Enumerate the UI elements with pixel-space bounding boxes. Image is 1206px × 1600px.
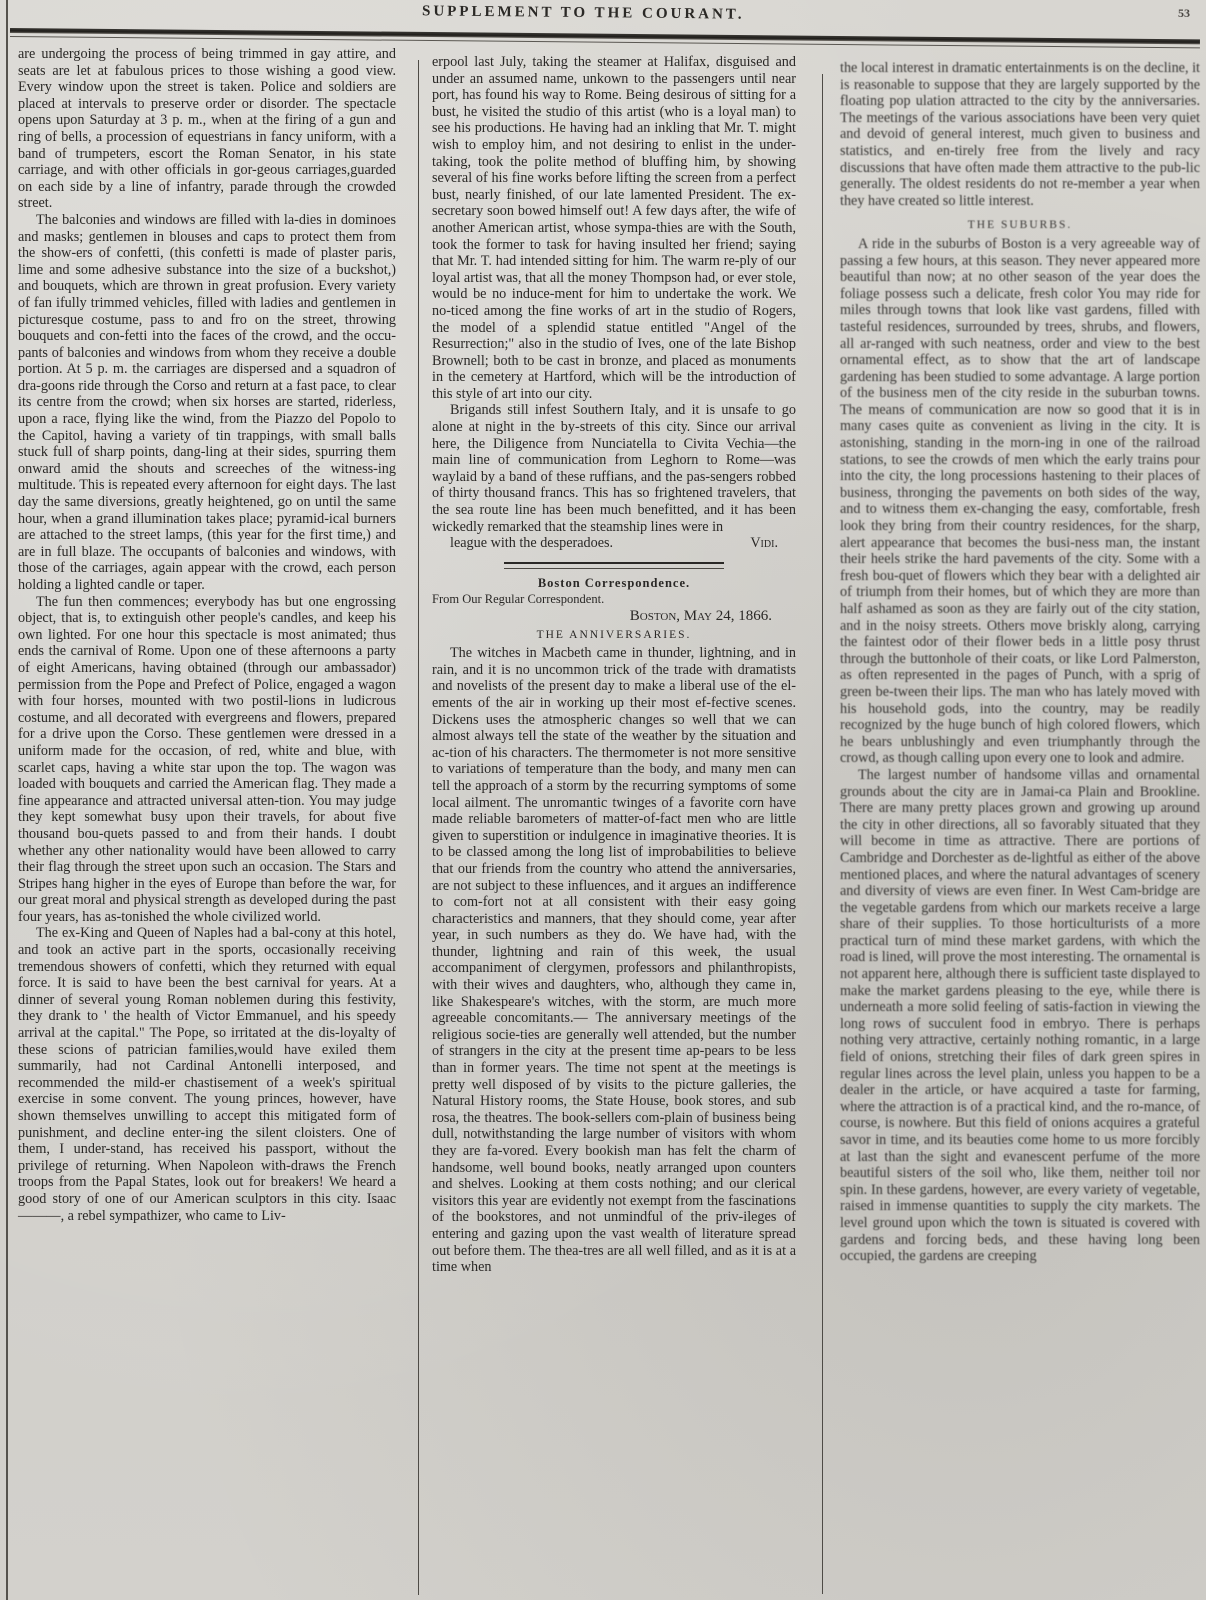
- dateline: Boston, May 24, 1866.: [432, 608, 796, 625]
- page-number: 53: [1178, 6, 1190, 21]
- paragraph: erpool last July, taking the steamer at …: [432, 54, 796, 402]
- column-2: erpool last July, taking the steamer at …: [432, 54, 796, 1276]
- article-signoff: league with the desperadoes. Vidi.: [432, 535, 796, 552]
- section-title: Boston Correspondence.: [432, 575, 796, 592]
- column-divider: [822, 74, 823, 1594]
- paragraph: the local interest in dramatic entertain…: [840, 60, 1200, 209]
- paragraph: The largest number of handsome villas an…: [840, 767, 1200, 1265]
- column-3: the local interest in dramatic entertain…: [840, 60, 1200, 1265]
- paragraph: The witches in Macbeth came in thunder, …: [432, 645, 796, 1276]
- masthead: SUPPLEMENT TO THE COURANT.: [0, 4, 1206, 24]
- paragraph: Brigands still infest Southern Italy, an…: [432, 402, 796, 535]
- page-edge-rule: [6, 0, 8, 1600]
- paragraph: The fun then commences; everybody has bu…: [18, 594, 396, 926]
- author-signature: Vidi.: [750, 535, 778, 552]
- section-divider-rule: [504, 562, 724, 569]
- newspaper-page: SUPPLEMENT TO THE COURANT. 53 are underg…: [0, 0, 1206, 1600]
- subhead: The Suburbs.: [840, 217, 1200, 234]
- paragraph: A ride in the suburbs of Boston is a ver…: [840, 236, 1200, 767]
- column-divider: [418, 60, 419, 1595]
- column-1: are undergoing the process of being trim…: [18, 46, 396, 1224]
- masthead-title: SUPPLEMENT TO THE COURANT.: [422, 3, 745, 23]
- paragraph: The balconies and windows are filled wit…: [18, 212, 396, 594]
- subhead: The Anniversaries.: [432, 627, 796, 644]
- paragraph: The ex-King and Queen of Naples had a ba…: [18, 925, 396, 1224]
- paragraph: are undergoing the process of being trim…: [18, 46, 396, 212]
- byline: From Our Regular Correspondent.: [432, 591, 796, 608]
- signoff-text: league with the desperadoes.: [450, 535, 613, 552]
